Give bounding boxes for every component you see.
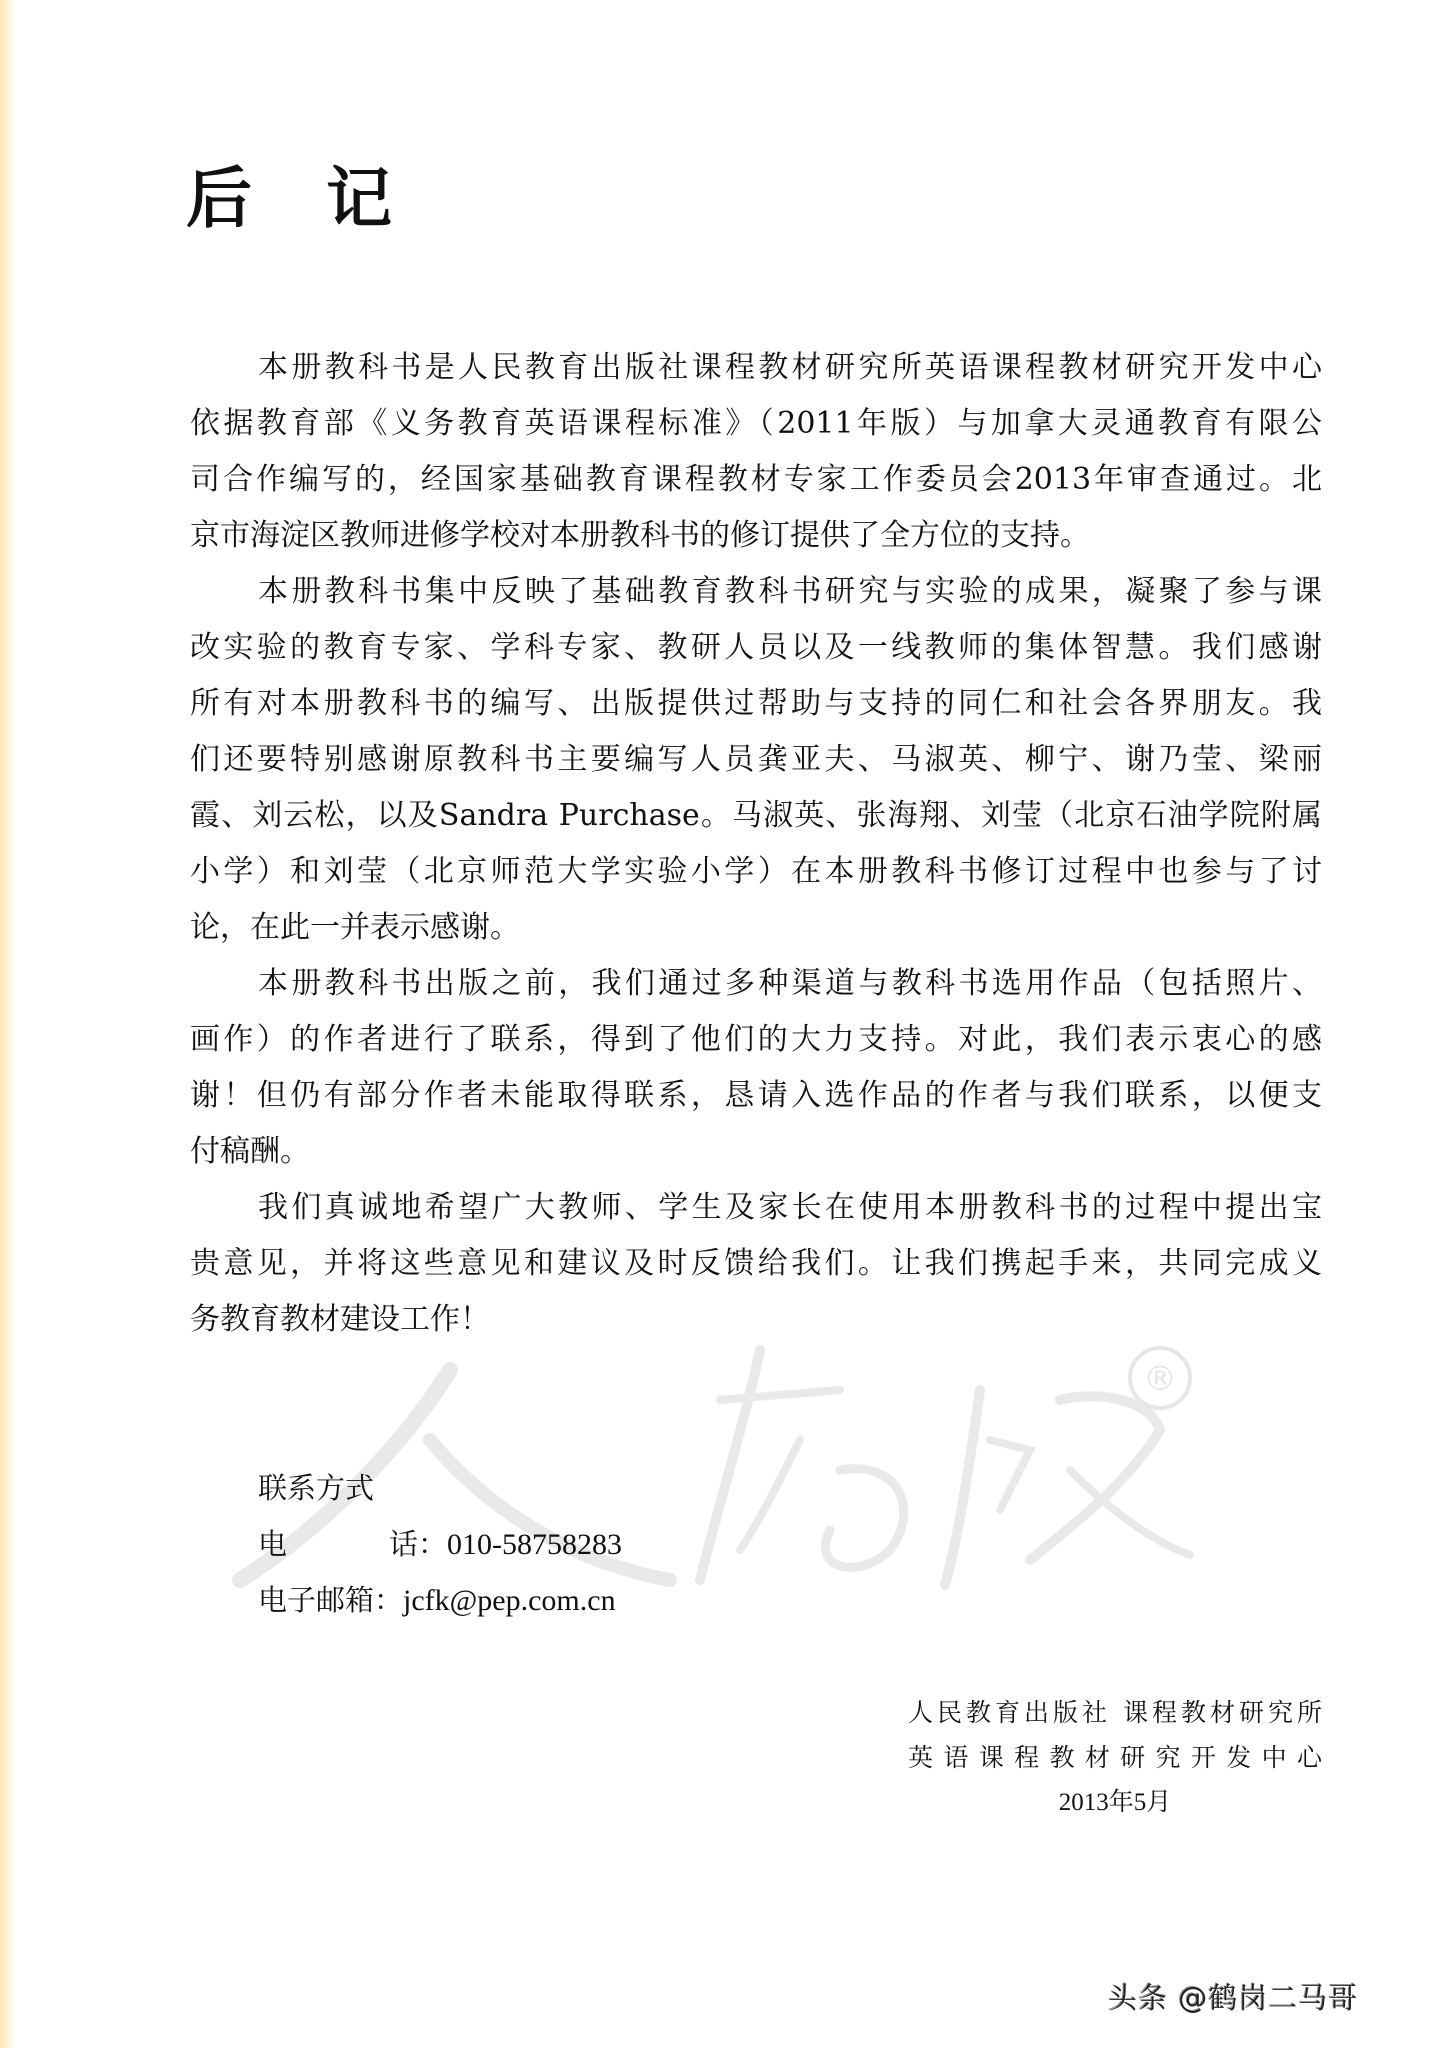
signature-center: 英 语 课 程 教 材 研 究 开 发 中 心: [908, 1735, 1322, 1780]
paragraph-1-line-4: 京市海淀区教师进修学校对本册教科书的修订提供了全方位的支持。: [190, 508, 1322, 564]
phone-separator: ：: [418, 1527, 447, 1561]
paragraph-3-line-2: 画作）的作者进行了联系，得到了他们的大力支持。对此，我们表示衷心的感: [190, 1012, 1322, 1068]
registered-mark-icon: ®: [1143, 1359, 1177, 1399]
email-label: 电子邮箱：: [258, 1572, 403, 1628]
signature-publisher: 人民教育出版社 课程教材研究所: [908, 1690, 1322, 1735]
contact-email: 电子邮箱：jcfk@pep.com.cn: [258, 1572, 622, 1628]
paragraph-2-line-5: 霞、刘云松，以及Sandra Purchase。马淑英、张海翔、刘莹（北京石油学…: [190, 788, 1322, 844]
paragraph-2-line-1: 本册教科书集中反映了基础教育教科书研究与实验的成果，凝聚了参与课: [190, 564, 1322, 620]
phone-value: 010-58758283: [447, 1528, 622, 1561]
paragraph-3-line-4: 付稿酬。: [190, 1124, 1322, 1180]
phone-label-char-1: 电: [258, 1516, 287, 1572]
contact-phone: 电 话 ：010-58758283: [258, 1516, 622, 1572]
paragraph-2-line-2: 改实验的教育专家、学科专家、教研人员以及一线教师的集体智慧。我们感谢: [190, 620, 1322, 676]
publisher-signature: 人民教育出版社 课程教材研究所 英 语 课 程 教 材 研 究 开 发 中 心 …: [908, 1690, 1322, 1825]
paragraph-4-line-1: 我们真诚地希望广大教师、学生及家长在使用本册教科书的过程中提出宝: [190, 1180, 1322, 1236]
page-title-char-2: 记: [326, 158, 392, 238]
page-title-char-1: 后: [186, 158, 252, 238]
paragraph-2-line-4: 们还要特别感谢原教科书主要编写人员龚亚夫、马淑英、柳宁、谢乃莹、梁丽: [190, 732, 1322, 788]
paragraph-4-line-2: 贵意见，并将这些意见和建议及时反馈给我们。让我们携起手来，共同完成义: [190, 1236, 1322, 1292]
contact-heading: 联系方式: [258, 1460, 622, 1516]
paragraph-2-line-3: 所有对本册教科书的编写、出版提供过帮助与支持的同仁和社会各界朋友。我: [190, 676, 1322, 732]
phone-label-char-2: 话: [389, 1516, 418, 1572]
email-value: jcfk@pep.com.cn: [403, 1584, 616, 1617]
paragraph-3-line-3: 谢！但仍有部分作者未能取得联系，恳请入选作品的作者与我们联系，以便支: [190, 1068, 1322, 1124]
signature-date: 2013年5月: [908, 1780, 1322, 1825]
phone-label: 电 话: [258, 1516, 418, 1572]
page-edge-stripe: [0, 0, 16, 2048]
paragraph-2-line-6: 小学）和刘莹（北京师范大学实验小学）在本册教科书修订过程中也参与了讨: [190, 844, 1322, 900]
paragraph-1-line-3: 司合作编写的，经国家基础教育课程教材专家工作委员会2013年审查通过。北: [190, 452, 1322, 508]
paragraph-3-line-1: 本册教科书出版之前，我们通过多种渠道与教科书选用作品（包括照片、: [190, 956, 1322, 1012]
paragraph-4-line-3: 务教育教材建设工作！: [190, 1292, 1322, 1348]
paragraph-2-line-7: 论，在此一并表示感谢。: [190, 900, 1322, 956]
source-watermark: 头条 @鹤岗二马哥: [1108, 1976, 1358, 2017]
contact-info: 联系方式 电 话 ：010-58758283 电子邮箱：jcfk@pep.com…: [258, 1460, 622, 1628]
paragraph-1-line-1: 本册教科书是人民教育出版社课程教材研究所英语课程教材研究开发中心: [190, 340, 1322, 396]
afterword-body: 本册教科书是人民教育出版社课程教材研究所英语课程教材研究开发中心 依据教育部《义…: [190, 340, 1322, 1348]
page-title: 后记: [186, 158, 392, 238]
paragraph-1-line-2: 依据教育部《义务教育英语课程标准》（2011年版）与加拿大灵通教育有限公: [190, 396, 1322, 452]
